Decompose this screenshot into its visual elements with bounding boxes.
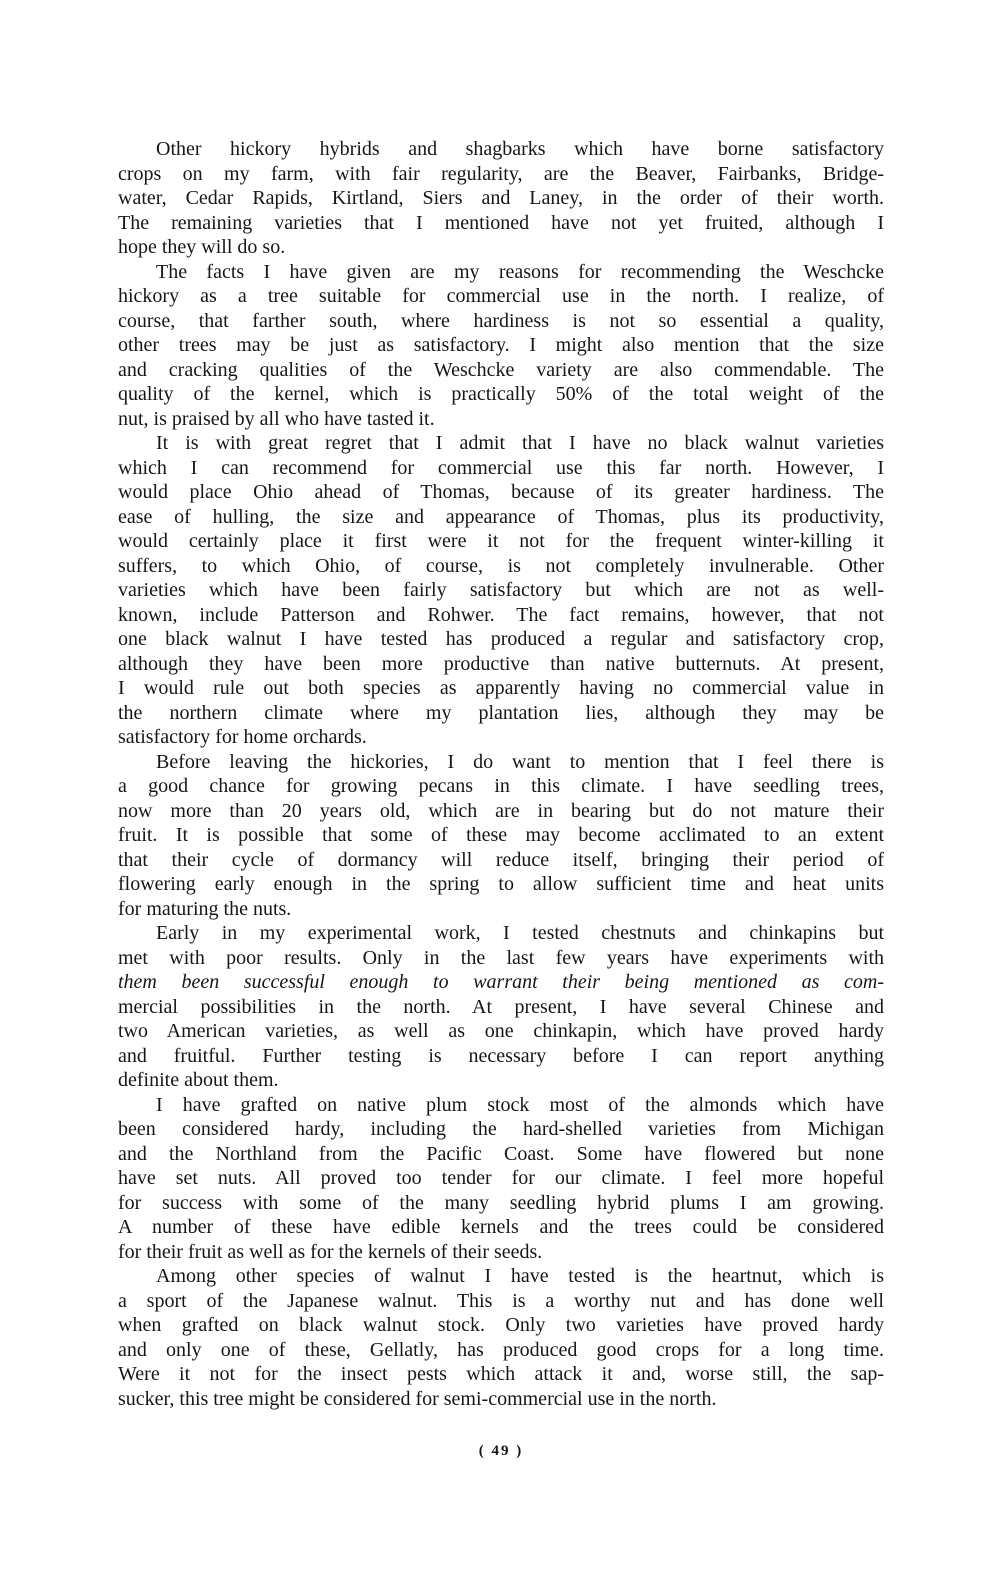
text-line: suffers, to which Ohio, of course, is no… xyxy=(118,554,884,579)
text-line: A number of these have edible kernels an… xyxy=(118,1215,884,1240)
text-line: fruit. It is possible that some of these… xyxy=(118,823,884,848)
text-line: Early in my experimental work, I tested … xyxy=(118,921,884,946)
text-line: a sport of the Japanese walnut. This is … xyxy=(118,1289,884,1314)
text-line: been considered hardy, including the har… xyxy=(118,1117,884,1142)
text-line: mercial possibilities in the north. At p… xyxy=(118,995,884,1020)
paragraph: It is with great regret that I admit tha… xyxy=(118,431,884,750)
paragraph: I have grafted on native plum stock most… xyxy=(118,1093,884,1265)
text-line: definite about them. xyxy=(118,1068,884,1093)
text-line: and cracking qualities of the Weschcke v… xyxy=(118,358,884,383)
page-number: ( 49 ) xyxy=(479,1443,524,1459)
text-line: hope they will do so. xyxy=(118,235,884,260)
text-line: The remaining varieties that I mentioned… xyxy=(118,211,884,236)
text-line: and the Northland from the Pacific Coast… xyxy=(118,1142,884,1167)
text-line: Among other species of walnut I have tes… xyxy=(118,1264,884,1289)
text-line: two American varieties, as well as one c… xyxy=(118,1019,884,1044)
text-line: which I can recommend for commercial use… xyxy=(118,456,884,481)
text-line: for maturing the nuts. xyxy=(118,897,884,922)
text-line: varieties which have been fairly satisfa… xyxy=(118,578,884,603)
text-line: met with poor results. Only in the last … xyxy=(118,946,884,971)
text-line: I would rule out both species as apparen… xyxy=(118,676,884,701)
text-line: Before leaving the hickories, I do want … xyxy=(118,750,884,775)
text-line: and only one of these, Gellatly, has pro… xyxy=(118,1338,884,1363)
text-line: I have grafted on native plum stock most… xyxy=(118,1093,884,1118)
paragraph: Among other species of walnut I have tes… xyxy=(118,1264,884,1411)
text-line: water, Cedar Rapids, Kirtland, Siers and… xyxy=(118,186,884,211)
text-line: satisfactory for home orchards. xyxy=(118,725,884,750)
text-line: nut, is praised by all who have tasted i… xyxy=(118,407,884,432)
book-page: Other hickory hybrids and shagbarks whic… xyxy=(0,0,1001,1590)
paragraph: Before leaving the hickories, I do want … xyxy=(118,750,884,922)
text-line: Were it not for the insect pests which a… xyxy=(118,1362,884,1387)
text-line: ease of hulling, the size and appearance… xyxy=(118,505,884,530)
page-footer: ( 49 ) xyxy=(118,1442,884,1460)
text-line: It is with great regret that I admit tha… xyxy=(118,431,884,456)
text-line: hickory as a tree suitable for commercia… xyxy=(118,284,884,309)
paragraph: Other hickory hybrids and shagbarks whic… xyxy=(118,137,884,260)
text-line: Other hickory hybrids and shagbarks whic… xyxy=(118,137,884,162)
text-line: would place Ohio ahead of Thomas, becaus… xyxy=(118,480,884,505)
text-line: and fruitful. Further testing is necessa… xyxy=(118,1044,884,1069)
text-line: one black walnut I have tested has produ… xyxy=(118,627,884,652)
text-line: would certainly place it first were it n… xyxy=(118,529,884,554)
text-line: known, include Patterson and Rohwer. The… xyxy=(118,603,884,628)
text-line: other trees may be just as satisfactory.… xyxy=(118,333,884,358)
text-line: for their fruit as well as for the kerne… xyxy=(118,1240,884,1265)
text-line: when grafted on black walnut stock. Only… xyxy=(118,1313,884,1338)
text-line: sucker, this tree might be considered fo… xyxy=(118,1387,884,1412)
text-line: the northern climate where my plantation… xyxy=(118,701,884,726)
text-line: a good chance for growing pecans in this… xyxy=(118,774,884,799)
paragraph: The facts I have given are my reasons fo… xyxy=(118,260,884,432)
text-line: have set nuts. All proved too tender for… xyxy=(118,1166,884,1191)
text-block: Other hickory hybrids and shagbarks whic… xyxy=(118,137,884,1411)
paragraph: Early in my experimental work, I tested … xyxy=(118,921,884,1093)
text-line: that their cycle of dormancy will reduce… xyxy=(118,848,884,873)
text-line: although they have been more productive … xyxy=(118,652,884,677)
text-line: for success with some of the many seedli… xyxy=(118,1191,884,1216)
text-line: crops on my farm, with fair regularity, … xyxy=(118,162,884,187)
text-line: them been successful enough to warrant t… xyxy=(118,970,884,995)
text-line: now more than 20 years old, which are in… xyxy=(118,799,884,824)
text-line: The facts I have given are my reasons fo… xyxy=(118,260,884,285)
text-line: course, that farther south, where hardin… xyxy=(118,309,884,334)
text-line: quality of the kernel, which is practica… xyxy=(118,382,884,407)
text-line: flowering early enough in the spring to … xyxy=(118,872,884,897)
